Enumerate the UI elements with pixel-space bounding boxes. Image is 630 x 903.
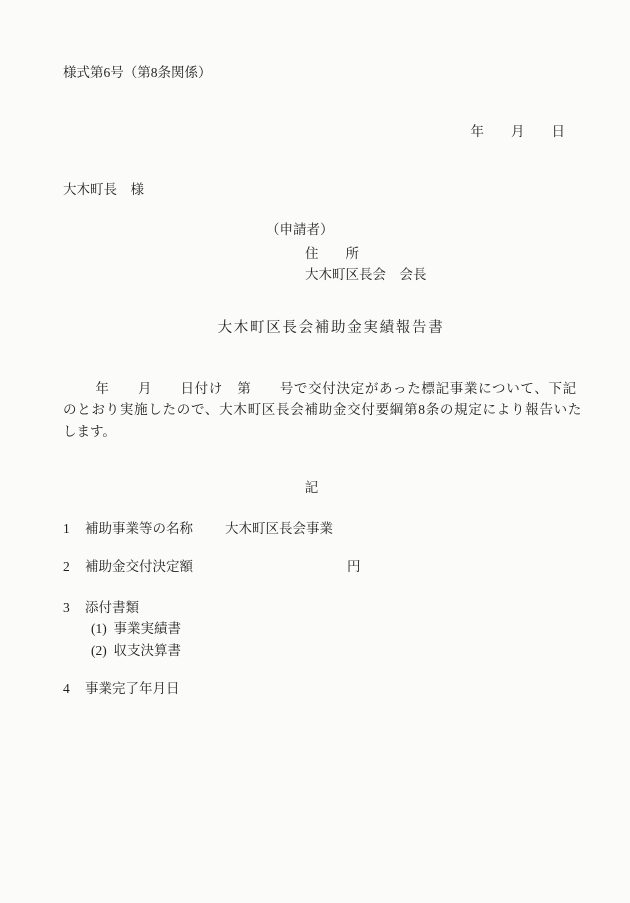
- item-1-number: 1: [63, 521, 70, 536]
- item-3-sub-2: (2) 収支決算書: [91, 643, 181, 658]
- item-3-sub-1: (1) 事業実績書: [91, 621, 181, 636]
- body-paragraph-line-3: します。: [63, 424, 116, 439]
- item-3-number: 3: [63, 600, 70, 615]
- document-page: 様式第6号（第8条関係） 年 月 日 大木町長 様 （申請者） 住 所 大木町区…: [0, 0, 630, 903]
- body-paragraph-line-2: のとおり実施したので、大木町区長会補助金交付要綱第8条の規定により報告いた: [63, 402, 582, 417]
- item-1-value: 大木町区長会事業: [225, 521, 333, 536]
- document-title: 大木町区長会補助金実績報告書: [0, 320, 630, 337]
- item-2-unit: 円: [347, 559, 361, 574]
- applicant-address-label: 住 所: [305, 246, 359, 261]
- body-paragraph-line-1: 年 月 日付け 第 号で交付決定があった標記事業について、下記: [63, 381, 577, 396]
- item-4-label: 事業完了年月日: [85, 681, 180, 696]
- date-line: 年 月 日: [471, 124, 566, 139]
- addressee: 大木町長 様: [63, 182, 144, 197]
- applicant-signer: 大木町区長会 会長: [305, 267, 427, 282]
- item-2-number: 2: [63, 559, 70, 574]
- list-heading: 記: [0, 480, 630, 495]
- item-4-number: 4: [63, 681, 70, 696]
- item-2-label: 補助金交付決定額: [85, 559, 193, 574]
- form-number: 様式第6号（第8条関係）: [63, 65, 212, 80]
- item-3-label: 添付書類: [85, 600, 139, 615]
- item-1-label: 補助事業等の名称: [85, 521, 193, 536]
- applicant-heading: （申請者）: [266, 222, 334, 237]
